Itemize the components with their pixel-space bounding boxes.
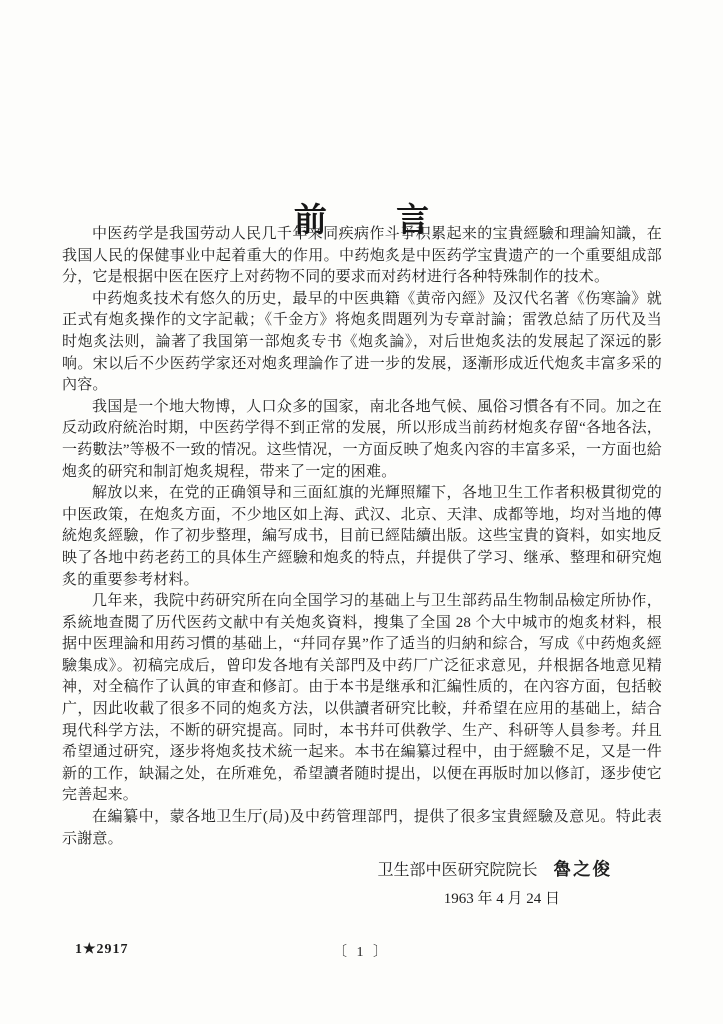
body-paragraph-4: 解放以来，在党的正确領导和三面紅旗的光輝照耀下，各地卫生工作者积极貫彻党的中医政… [62,483,662,591]
body-paragraph-2: 中药炮炙技术有悠久的历史，最早的中医典籍《黄帝內經》及汉代名著《伤寒論》就正式有… [62,289,662,397]
preface-body: 中医药学是我国劳动人民几千年来同疾病作斗爭积累起来的宝貴經驗和理論知識，在我国人… [62,224,662,911]
body-paragraph-5: 几年来，我院中药研究所在向全国学习的基础上与卫生部药品生物制品檢定所协作，系統地… [62,591,662,807]
signature-name: 魯之俊 [554,859,613,879]
scanned-book-page: 前言 ˇ 中医药学是我国劳动人民几千年来同疾病作斗爭积累起来的宝貴經驗和理論知識… [0,0,723,1024]
body-paragraph-1: 中医药学是我国劳动人民几千年来同疾病作斗爭积累起来的宝貴經驗和理論知識，在我国人… [62,224,662,289]
signature-line: 卫生部中医研究院院长魯之俊 [62,857,662,883]
page-footer: 1★2917 〔 1 〕 [0,941,723,963]
signature-title: 卫生部中医研究院院长 [377,862,537,879]
signature-block: 卫生部中医研究院院长魯之俊 1963 年 4 月 24 日 [62,857,662,911]
body-paragraph-3: 我国是一个地大物博，人口众多的国家，南北各地气候、風俗习慣各有不同。加之在反动政… [62,397,662,483]
signature-date: 1963 年 4 月 24 日 [62,887,662,911]
footer-print-code: 1★2917 [75,941,129,958]
body-paragraph-6: 在編纂中，蒙各地卫生厅(局)及中药管理部門，提供了很多宝貴經驗及意见。特此表示謝… [62,807,662,850]
